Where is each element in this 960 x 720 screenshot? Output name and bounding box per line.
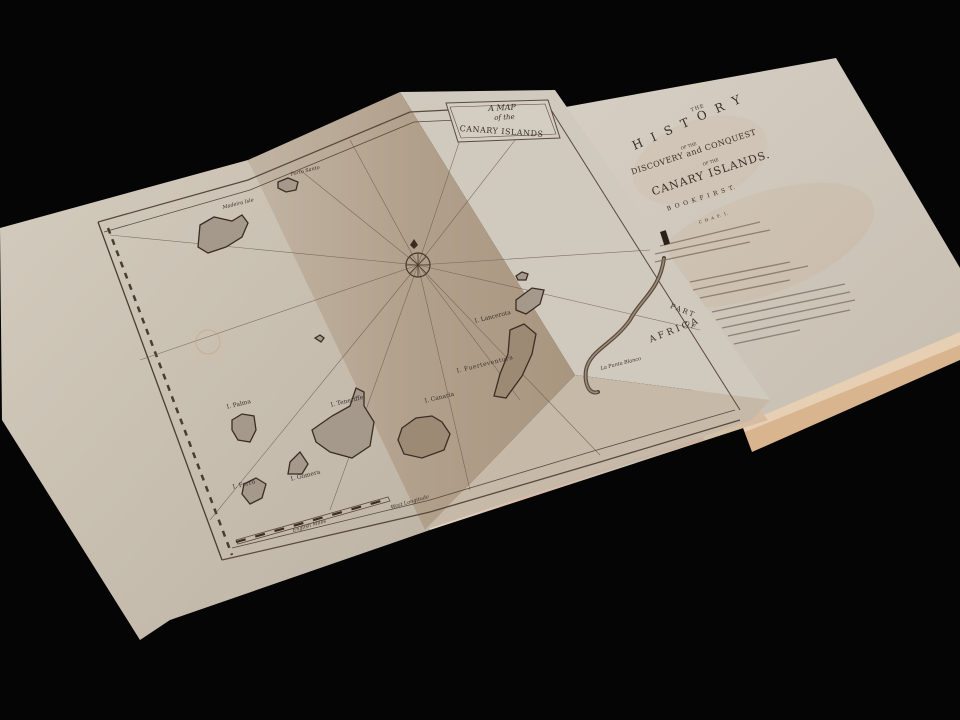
photo-scene: A MAP of the CANARY ISLANDS PART OF AFRI… [0, 0, 960, 720]
island-porto-santo [278, 178, 298, 192]
book-photo [0, 0, 960, 720]
map-cartouche [446, 100, 560, 142]
